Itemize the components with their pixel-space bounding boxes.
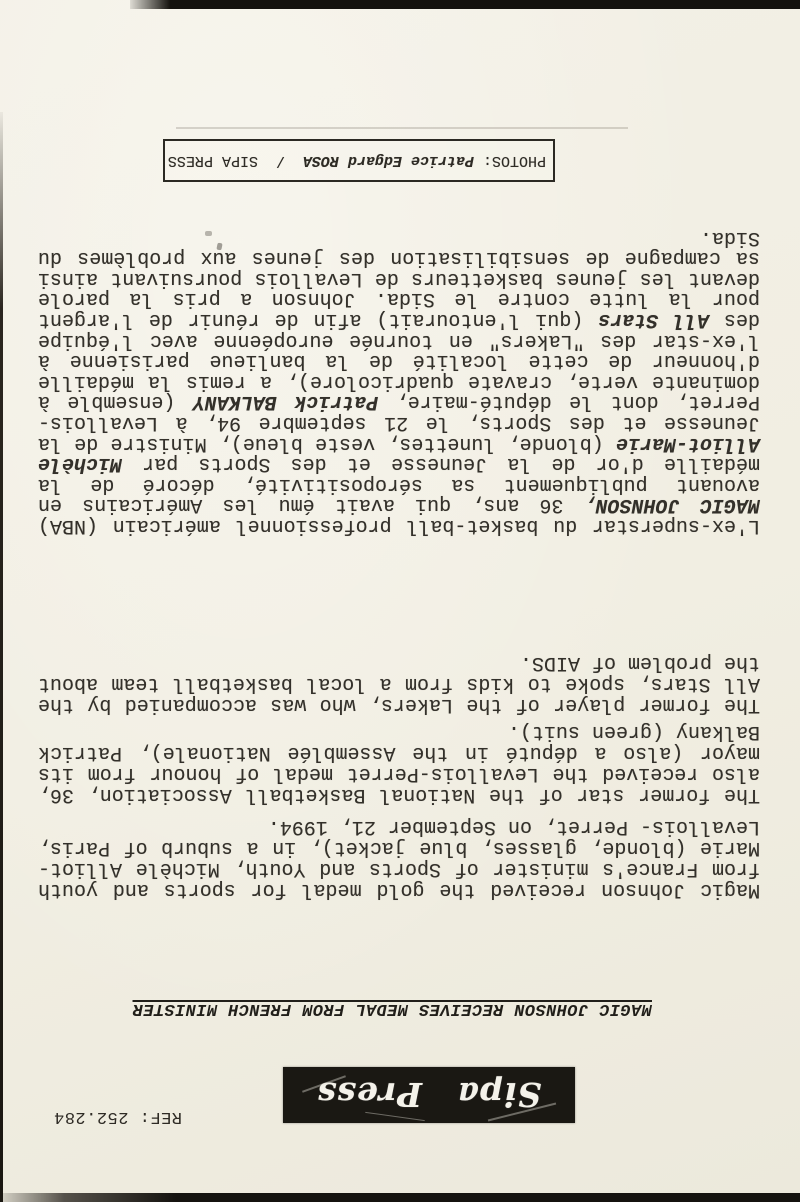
caption-title: MAGIC JOHNSON RECEIVES MEDAL FROM FRENCH…: [133, 999, 652, 1018]
sipa-press-logo: Sipa Press: [283, 1067, 575, 1123]
english-caption-paragraph-1: Magic Johnson received the gold medal fo…: [38, 816, 760, 900]
french-caption-paragraph: L'ex-superstar du basket-ball profession…: [38, 226, 760, 535]
caption-sheet: REF: 252.284 Sipa Press MAGIC JOHNSON RE…: [0, 0, 800, 1202]
scan-edge-right: [0, 112, 3, 1202]
ref-number: REF: 252.284: [54, 1107, 182, 1126]
english-caption-paragraph-2: The former star of the National Basketba…: [38, 721, 760, 805]
document-scan: REF: 252.284 Sipa Press MAGIC JOHNSON RE…: [0, 0, 800, 1202]
sipa-press-logo-text: Sipa Press: [317, 1076, 542, 1115]
photo-credit-text: PHOTOS: Patrice Edgard ROSA / SIPA PRESS: [168, 152, 546, 169]
english-caption-paragraph-3: The former player of the Lakers, who was…: [38, 652, 760, 715]
scan-edge-top: [0, 1193, 800, 1202]
scan-artifact-line: [176, 127, 628, 129]
photo-credit-box: PHOTOS: Patrice Edgard ROSA / SIPA PRESS: [163, 139, 555, 182]
scan-edge-bottom: [130, 0, 800, 9]
smudge-mark: [205, 231, 212, 236]
